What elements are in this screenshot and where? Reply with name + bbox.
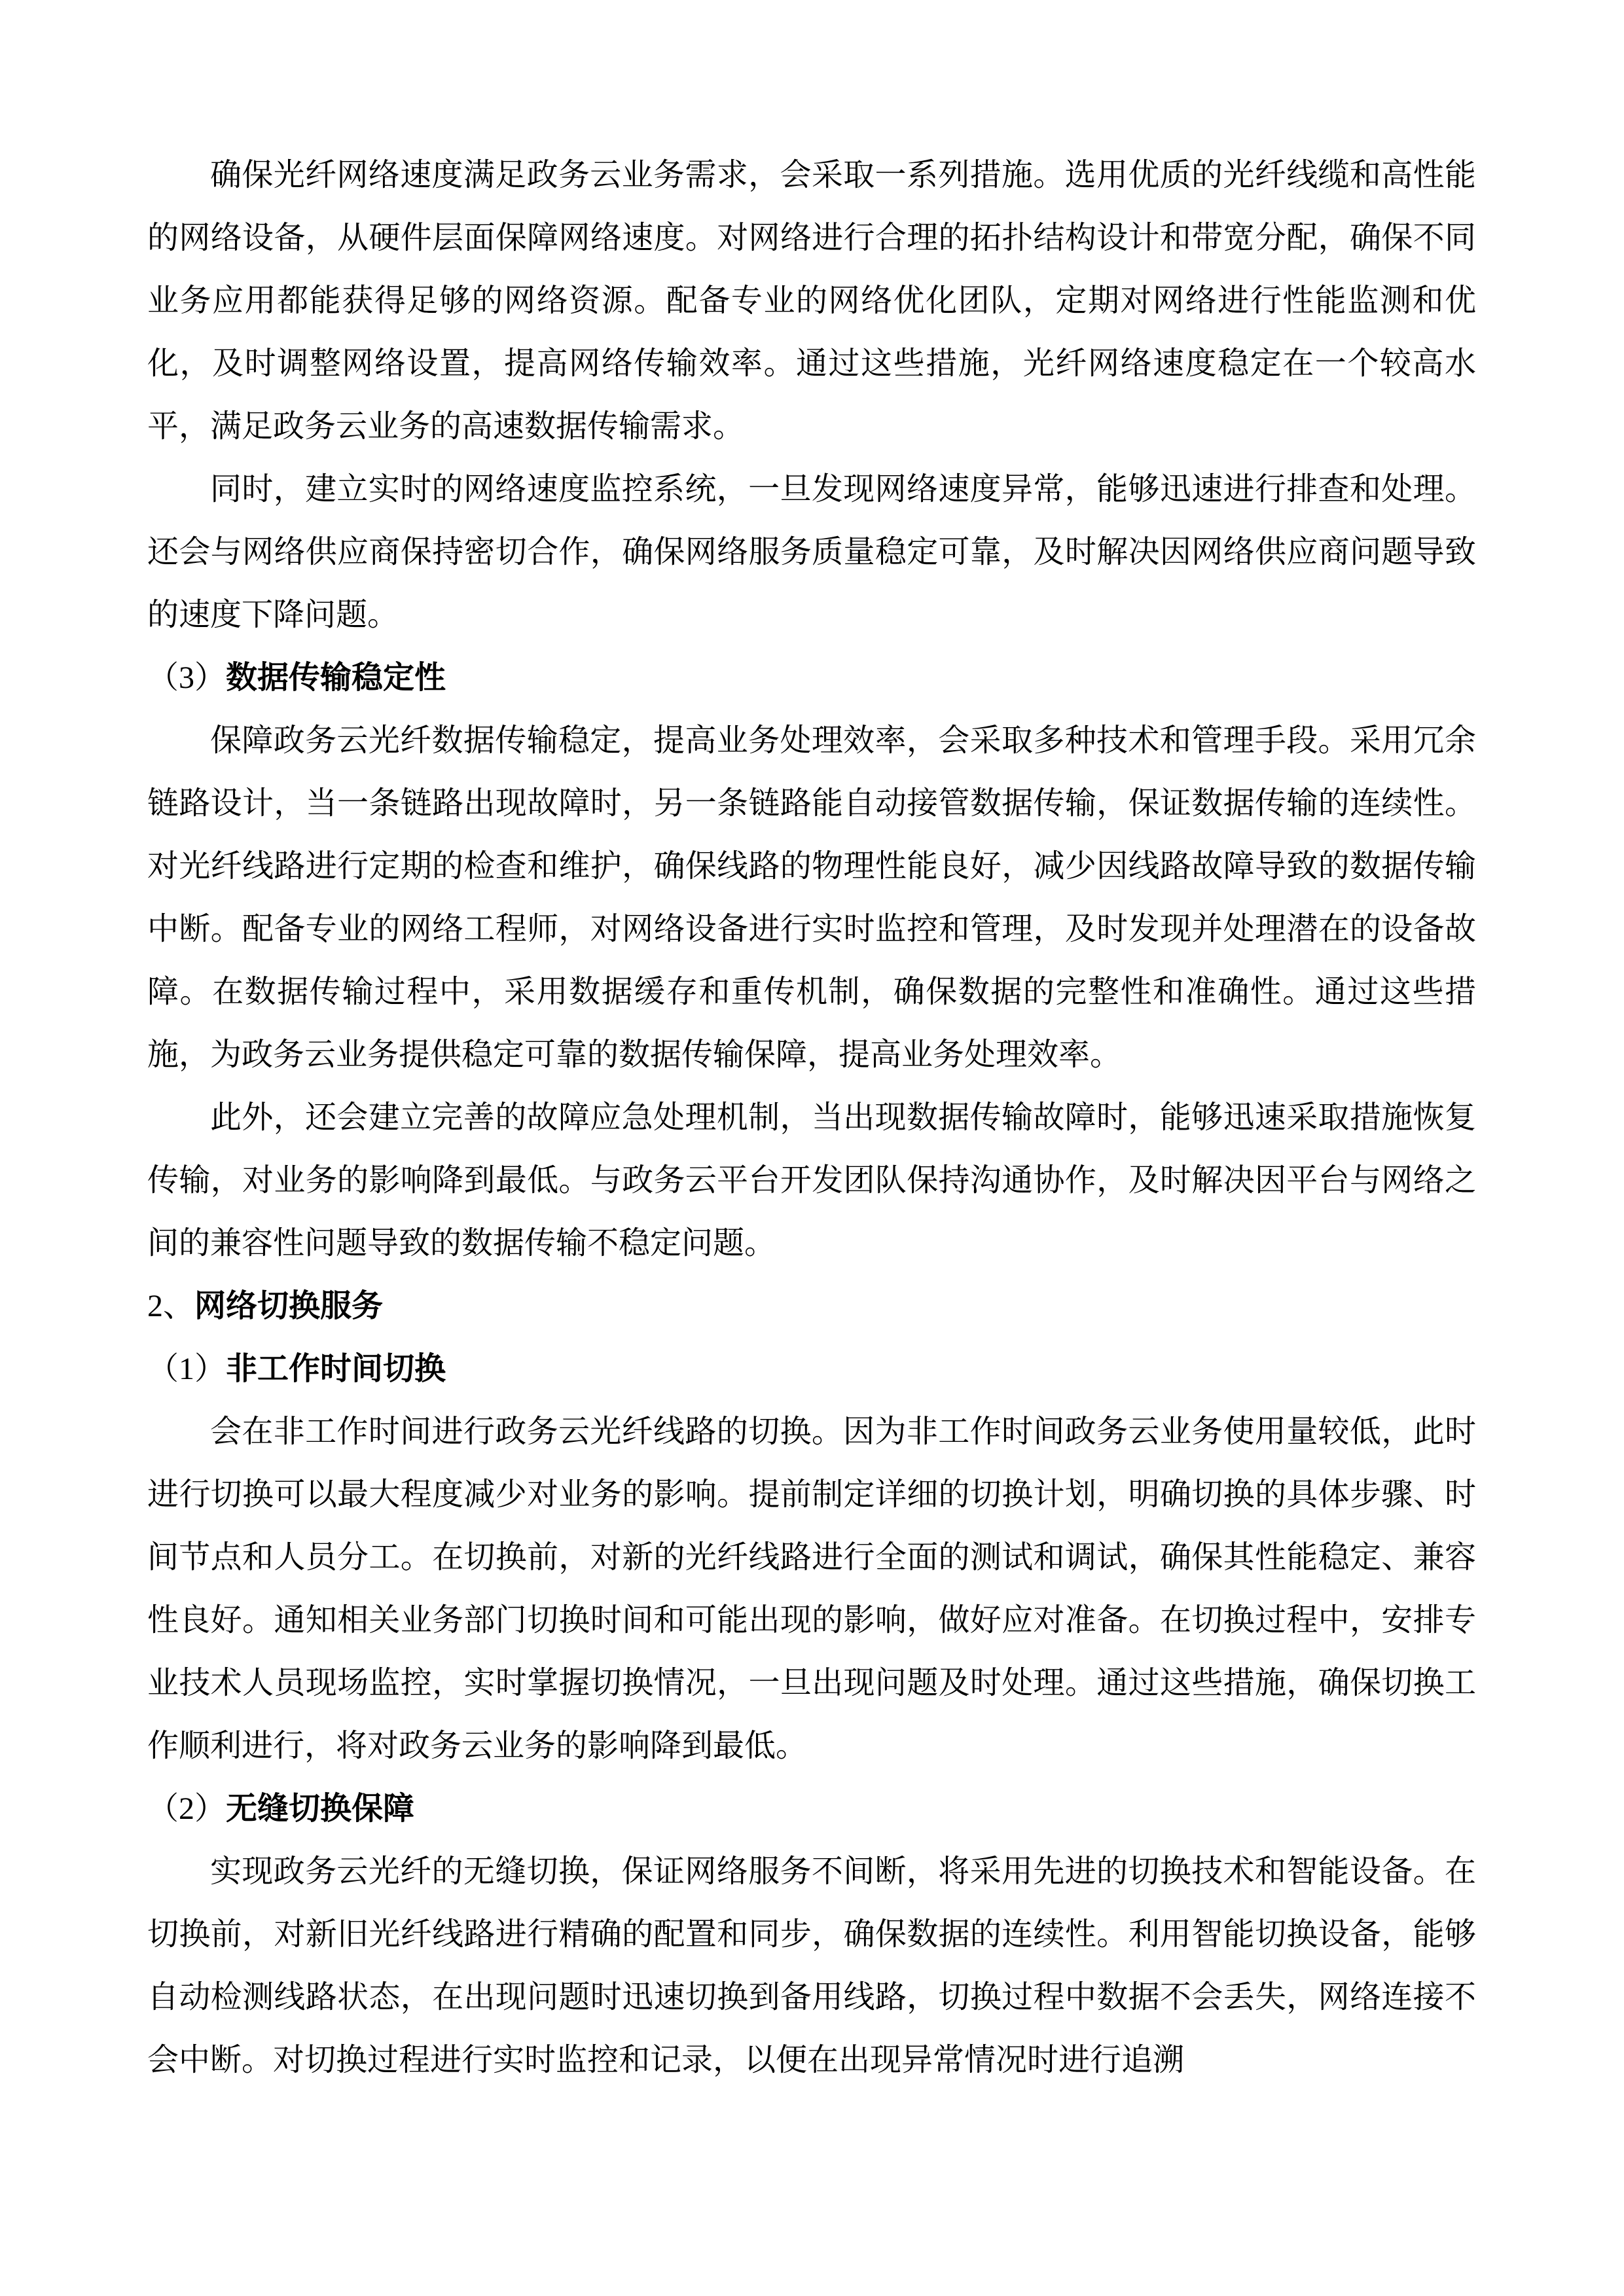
heading-text: 非工作时间切换	[226, 1352, 446, 1386]
heading-number: （1）	[147, 1352, 226, 1386]
paragraph-fiber-speed-measures: 确保光纤网络速度满足政务云业务需求，会采取一系列措施。选用优质的光纤线缆和高性能…	[147, 144, 1476, 458]
heading-number: 2、	[147, 1289, 194, 1323]
paragraph-speed-monitoring: 同时，建立实时的网络速度监控系统，一旦发现网络速度异常，能够迅速进行排查和处理。…	[147, 458, 1476, 647]
paragraph-transmission-stability-measures: 保障政务云光纤数据传输稳定，提高业务处理效率，会采取多种技术和管理手段。采用冗余…	[147, 709, 1476, 1086]
paragraph-off-hours-switch-plan: 会在非工作时间进行政务云光纤线路的切换。因为非工作时间政务云业务使用量较低，此时…	[147, 1401, 1476, 1778]
paragraph-fault-emergency-mechanism: 此外，还会建立完善的故障应急处理机制，当出现数据传输故障时，能够迅速采取措施恢复…	[147, 1086, 1476, 1275]
paragraph-seamless-switch-measures: 实现政务云光纤的无缝切换，保证网络服务不间断，将采用先进的切换技术和智能设备。在…	[147, 1840, 1476, 2092]
heading-text: 数据传输稳定性	[226, 660, 446, 695]
heading-seamless-switch-guarantee: （2）无缝切换保障	[147, 1778, 1476, 1840]
heading-off-hours-switch: （1）非工作时间切换	[147, 1338, 1476, 1401]
document-page: 确保光纤网络速度满足政务云业务需求，会采取一系列措施。选用优质的光纤线缆和高性能…	[0, 0, 1624, 2296]
heading-data-transmission-stability: （3）数据传输稳定性	[147, 647, 1476, 709]
heading-number: （2）	[147, 1791, 226, 1826]
heading-text: 无缝切换保障	[226, 1791, 414, 1826]
heading-text: 网络切换服务	[194, 1289, 383, 1323]
heading-network-switch-service: 2、网络切换服务	[147, 1275, 1476, 1338]
heading-number: （3）	[147, 660, 226, 695]
